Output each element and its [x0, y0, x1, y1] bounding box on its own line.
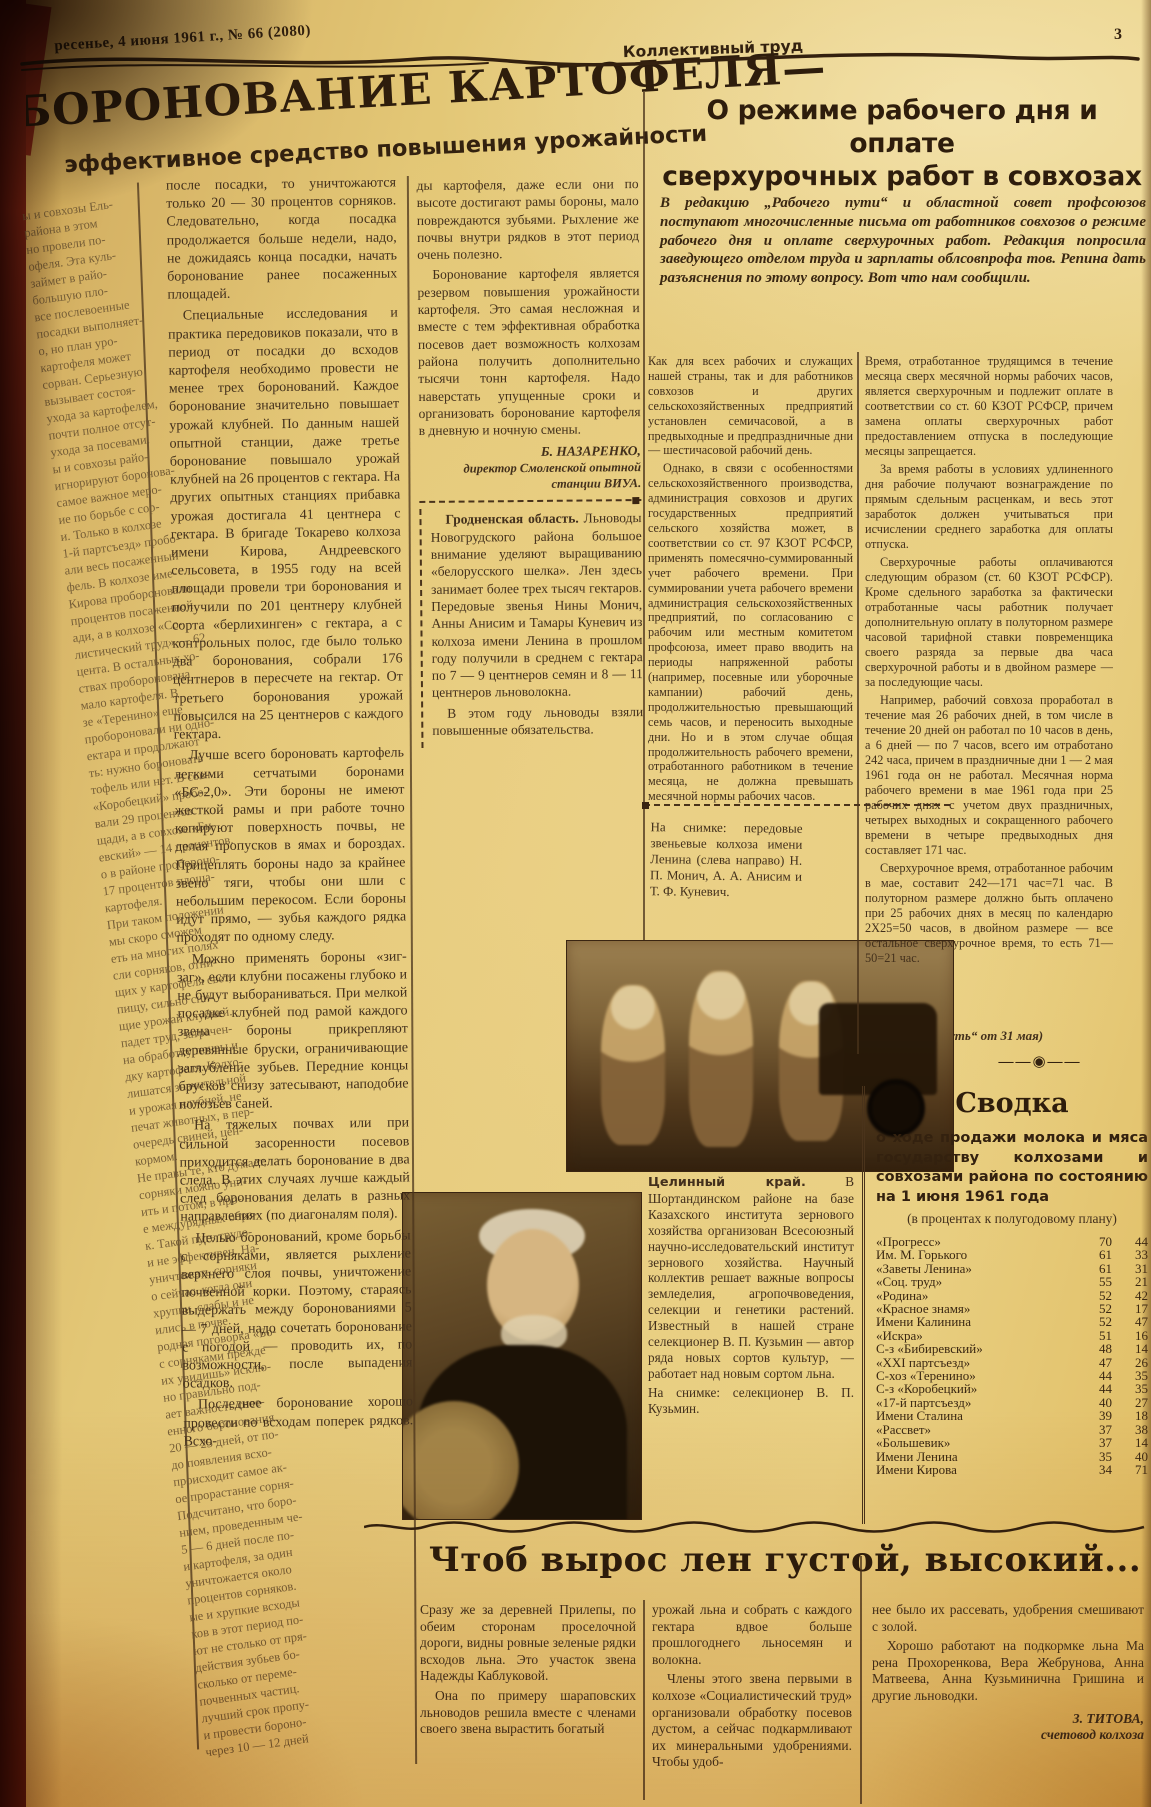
flax-headline: Чтоб вырос лен густой, высокий... [420, 1540, 1150, 1580]
square-marker-icon [632, 498, 639, 505]
svodka-title: Сводка [876, 1088, 1148, 1119]
table-cell: 35 [1076, 1450, 1112, 1463]
svodka-table: «Прогресс»7044Им. М. Горького6133«Заветы… [876, 1235, 1148, 1476]
table-row: «17-й партсъезд»4027 [876, 1396, 1148, 1409]
table-row: Имени Ленина3540 [876, 1450, 1148, 1463]
paragraph: Целинный край. В Шортандинском районе на… [648, 1174, 854, 1382]
table-cell: 26 [1112, 1356, 1148, 1369]
rezhim-headline-line1: О режиме рабочего дня и оплате [656, 94, 1148, 160]
column-rule [857, 352, 859, 1054]
signature-name: Б. НАЗАРЕНКО, [419, 443, 641, 461]
dateline-text: Льноводы Новогрудского района большое вн… [431, 510, 643, 700]
table-cell: 14 [1112, 1342, 1148, 1355]
table-cell: 27 [1112, 1396, 1148, 1409]
paragraph: Целью боронований, кроме борьбы с сорняк… [181, 1227, 413, 1394]
table-cell: «Родина» [876, 1289, 1076, 1302]
paragraph: Можно применять бороны «зиг-заг», если к… [177, 948, 409, 1115]
table-cell: 16 [1112, 1329, 1148, 1342]
paragraph: Лучше всего бороновать картофель легкими… [174, 745, 407, 948]
table-cell: 52 [1076, 1289, 1112, 1302]
table-cell: 35 [1112, 1382, 1148, 1395]
flax-column-1: Сразу же за деревней Прилепы, по обеим с… [420, 1602, 636, 1802]
table-row: Им. М. Горького6133 [876, 1248, 1148, 1261]
paragraph: урожай льна и собрать с каждого гектара … [652, 1602, 852, 1668]
table-cell: 39 [1076, 1409, 1112, 1422]
paragraph: За время работы в условиях удлиненного д… [865, 462, 1113, 552]
table-cell: 48 [1076, 1342, 1112, 1355]
table-cell: 70 [1076, 1235, 1112, 1248]
paragraph: нее было их рассевать, удобрения смешива… [872, 1602, 1144, 1635]
flax-column-3-text: нее было их рассевать, удобрения смешива… [872, 1602, 1144, 1705]
table-cell: 47 [1076, 1356, 1112, 1369]
flax-column-2: урожай льна и собрать с каждого гектара … [652, 1602, 852, 1802]
table-cell: 40 [1076, 1396, 1112, 1409]
paragraph: Хорошо работают на подкормке льна Ма рен… [872, 1638, 1144, 1704]
table-cell: 52 [1076, 1302, 1112, 1315]
table-cell: «Заветы Ленина» [876, 1262, 1076, 1275]
photo1-caption: На снимке: передовые звеньевые колхоза и… [649, 819, 802, 943]
paragraph: Специальные исследования и практика пере… [168, 305, 404, 745]
table-cell: С-хоз «Теренино» [876, 1369, 1076, 1382]
paragraph: Сверхурочные работы оплачиваются следующ… [865, 555, 1113, 690]
table-row: Имени Калинина5247 [876, 1315, 1148, 1328]
table-cell: 21 [1112, 1275, 1148, 1288]
table-cell: 37 [1076, 1423, 1112, 1436]
table-cell: С-з «Бибиревский» [876, 1342, 1076, 1355]
paragraph: На тяжелых почвах или при сильной засоре… [179, 1115, 411, 1227]
table-cell: 47 [1112, 1315, 1148, 1328]
photo-selectioner-kuzmin [402, 1192, 642, 1520]
table-cell: 61 [1076, 1262, 1112, 1275]
rezhim-column-left: Как для всех рабочих и служащих нашей ст… [648, 354, 853, 806]
article-column-3-text: ды картофеля, даже если они по высоте до… [417, 175, 641, 439]
table-row: «Рассвет»3738 [876, 1423, 1148, 1436]
table-row: «Красное знамя»5217 [876, 1302, 1148, 1315]
table-cell: 33 [1112, 1248, 1148, 1261]
table-cell: 55 [1076, 1275, 1112, 1288]
paragraph: Сразу же за деревней Прилепы, по обеим с… [420, 1602, 636, 1685]
table-row: «Соц. труд»5521 [876, 1275, 1148, 1288]
dateline: Гродненская область. [445, 511, 578, 527]
paragraph: Члены этого звена первыми в колхозе «Соц… [652, 1671, 852, 1771]
page-number: 3 [1114, 26, 1122, 44]
table-cell: 44 [1112, 1235, 1148, 1248]
header-rule [18, 46, 1143, 76]
table-row: «Заветы Ленина»6131 [876, 1262, 1148, 1275]
paragraph: ды картофеля, даже если они по высоте до… [417, 175, 640, 263]
section-divider [419, 499, 641, 503]
paragraph: Время, отработанное трудящимся в течение… [865, 354, 1113, 459]
article-signature: Б. НАЗАРЕНКО, директор Смоленской опытно… [419, 443, 641, 493]
paragraph: На снимке: селекционер В. П. Кузьмин. [648, 1385, 854, 1417]
rezhim-headline-line2: сверхурочных работ в совхозах [656, 160, 1148, 193]
paragraph: Боронование картофеля является резервом … [417, 265, 641, 440]
paragraph: Она по примеру шараповских льноводов реш… [420, 1688, 636, 1738]
table-cell: 71 [1112, 1463, 1148, 1476]
table-row: Имени Кирова3471 [876, 1463, 1148, 1476]
table-cell: «17-й партсъезд» [876, 1396, 1076, 1409]
column-rule [860, 1556, 862, 1804]
table-cell: 42 [1112, 1289, 1148, 1302]
column-rule [643, 1600, 645, 1800]
woman-figure [689, 971, 753, 1147]
table-cell: С-з «Коробецкий» [876, 1382, 1076, 1395]
article-column-3: ды картофеля, даже если они по высоте до… [417, 175, 644, 748]
table-cell: 31 [1112, 1262, 1148, 1275]
table-cell: «Соц. труд» [876, 1275, 1076, 1288]
newspaper-page: ресенье, 4 июня 1961 г., № 66 (2080) Кол… [0, 0, 1151, 1807]
main-subhead: эффективное средство повышения урожайнос… [64, 124, 645, 178]
rezhim-headline: О режиме рабочего дня и оплате сверхуроч… [656, 94, 1148, 193]
table-cell: «Рассвет» [876, 1423, 1076, 1436]
photo2-caption: Целинный край. В Шортандинском районе на… [648, 1174, 854, 1510]
table-cell: Имени Сталина [876, 1409, 1076, 1422]
table-cell: 61 [1076, 1248, 1112, 1261]
paragraph: после посадки, то уничтожаются только 20… [166, 174, 398, 305]
caption-text: В Шортандинском районе на базе Казахског… [648, 1174, 854, 1381]
table-row: С-з «Коробецкий»4435 [876, 1382, 1148, 1395]
table-cell: 14 [1112, 1436, 1148, 1449]
paragraph: В этом году льноводы взяли повышенные об… [432, 703, 643, 739]
table-row: С-з «Бибиревский»4814 [876, 1342, 1148, 1355]
signature-role: счетовод колхоза [872, 1727, 1144, 1743]
paragraph: Гродненская область. Льноводы Новогрудск… [430, 509, 643, 701]
table-cell: «Прогресс» [876, 1235, 1076, 1248]
caption-lead: Целинный край. [648, 1175, 806, 1190]
binding-edge [0, 0, 26, 1807]
table-row: «Родина»5242 [876, 1289, 1148, 1302]
table-cell: «Большевик» [876, 1436, 1076, 1449]
table-cell: 18 [1112, 1409, 1148, 1422]
woman-figure [601, 985, 665, 1145]
rezhim-column-right: Время, отработанное трудящимся в течение… [865, 354, 1113, 1046]
section-rule [643, 92, 645, 940]
table-cell: «XXI партсъезд» [876, 1356, 1076, 1369]
table-cell: 44 [1076, 1382, 1112, 1395]
table-cell: 38 [1112, 1423, 1148, 1436]
signature-name: З. ТИТОВА, [872, 1711, 1144, 1727]
signature-role: директор Смоленской опытной станции ВИУА… [419, 459, 641, 493]
table-row: «Искра»5116 [876, 1329, 1148, 1342]
table-row: Имени Сталина3918 [876, 1409, 1148, 1422]
svodka-subtitle: о ходе продажи молока и мяса государству… [876, 1129, 1148, 1207]
table-cell: Имени Кирова [876, 1463, 1076, 1476]
table-row: «XXI партсъезд»4726 [876, 1356, 1148, 1369]
flax-signature: З. ТИТОВА, счетовод колхоза [872, 1711, 1144, 1743]
table-cell: 52 [1076, 1315, 1112, 1328]
table-cell: 37 [1076, 1436, 1112, 1449]
rezhim-intro: В редакцию „Рабочего пути“ и областной с… [660, 194, 1146, 288]
table-row: «Прогресс»7044 [876, 1235, 1148, 1248]
table-cell: Имени Калинина [876, 1315, 1076, 1328]
table-cell: 40 [1112, 1450, 1148, 1463]
paragraph: Однако, в связи с особенностями сельскох… [648, 461, 853, 804]
table-row: С-хоз «Теренино»4435 [876, 1369, 1148, 1382]
table-cell: «Красное знамя» [876, 1302, 1076, 1315]
paragraph: Сверхурочное время, отработанное рабочим… [865, 861, 1113, 966]
table-cell: «Искра» [876, 1329, 1076, 1342]
table-cell: 44 [1076, 1369, 1112, 1382]
table-cell: 34 [1076, 1463, 1112, 1476]
svodka-box: Сводка о ходе продажи молока и мяса госу… [862, 1086, 1148, 1524]
table-cell: 35 [1112, 1369, 1148, 1382]
table-cell: Имени Ленина [876, 1450, 1076, 1463]
flax-column-3: нее было их рассевать, удобрения смешива… [872, 1602, 1144, 1802]
table-row: «Большевик»3714 [876, 1436, 1148, 1449]
ornament-divider: ——◉—— [940, 1052, 1140, 1071]
article-column-2: после посадки, то уничтожаются только 20… [166, 174, 418, 1773]
table-cell: 17 [1112, 1302, 1148, 1315]
table-cell: 51 [1076, 1329, 1112, 1342]
grodno-news-box: Гродненская область. Льноводы Новогрудск… [419, 507, 643, 748]
table-cell: Им. М. Горького [876, 1248, 1076, 1261]
svodka-note: (в процентах к полугодовому плану) [876, 1211, 1148, 1227]
paragraph: Например, рабочий совхоза проработал в т… [865, 693, 1113, 858]
paragraph: Как для всех рабочих и служащих нашей ст… [648, 354, 853, 458]
paragraph: Последнее боронование хорошо провести по… [183, 1394, 414, 1452]
